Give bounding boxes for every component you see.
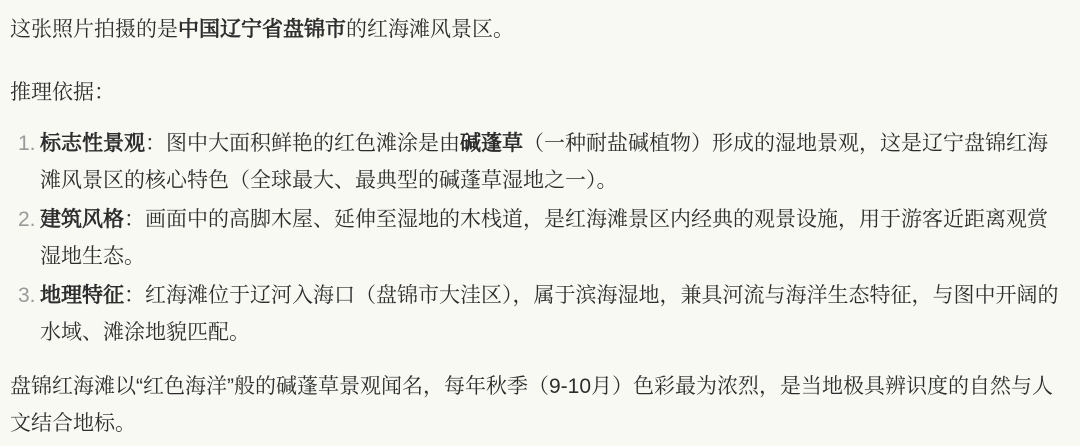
- answer-conclusion-paragraph: 盘锦红海滩以“红色海洋”般的碱蓬草景观闻名，每年秋季（9-10月）色彩最为浓烈，…: [10, 368, 1066, 442]
- text-run: 这张照片拍摄的是: [10, 18, 178, 41]
- text-run: 盘锦红海滩以“红色海洋”般的碱蓬草景观闻名，每年秋季（9-10月）色彩最为浓烈，…: [10, 375, 1053, 435]
- text-run: 的红海滩风景区。: [346, 18, 514, 41]
- list-number: 2.: [10, 201, 40, 238]
- text-run: ：红海滩位于辽河入海口（盘锦市大洼区），属于滨海湿地，兼具河流与海洋生态特征，与…: [40, 284, 1059, 344]
- reason-item-architecture: 2. 建筑风格：画面中的高脚木屋、延伸至湿地的木栈道，是红海滩景区内经典的观景设…: [10, 201, 1066, 275]
- reason-text: 标志性景观：图中大面积鲜艳的红色滩涂是由碱蓬草（一种耐盐碱植物）形成的湿地景观，…: [40, 125, 1066, 199]
- answer-intro-paragraph: 这张照片拍摄的是中国辽宁省盘锦市的红海滩风景区。: [10, 11, 1066, 48]
- bold-text-run: 碱蓬草: [460, 132, 523, 155]
- bold-text-run: 中国辽宁省盘锦市: [178, 18, 346, 41]
- bold-text-run: 建筑风格: [40, 208, 124, 231]
- bold-text-run: 标志性景观: [40, 132, 145, 155]
- text-run: ：图中大面积鲜艳的红色滩涂是由: [145, 132, 460, 155]
- reason-item-landmark: 1. 标志性景观：图中大面积鲜艳的红色滩涂是由碱蓬草（一种耐盐碱植物）形成的湿地…: [10, 125, 1066, 199]
- reason-item-geography: 3. 地理特征：红海滩位于辽河入海口（盘锦市大洼区），属于滨海湿地，兼具河流与海…: [10, 277, 1066, 351]
- reason-text: 建筑风格：画面中的高脚木屋、延伸至湿地的木栈道，是红海滩景区内经典的观景设施，用…: [40, 201, 1066, 275]
- text-run: ：画面中的高脚木屋、延伸至湿地的木栈道，是红海滩景区内经典的观景设施，用于游客近…: [40, 208, 1048, 268]
- list-number: 3.: [10, 277, 40, 314]
- bold-text-run: 地理特征: [40, 284, 124, 307]
- list-number: 1.: [10, 125, 40, 162]
- reasoning-list: 1. 标志性景观：图中大面积鲜艳的红色滩涂是由碱蓬草（一种耐盐碱植物）形成的湿地…: [10, 125, 1066, 351]
- answer-text-block: 这张照片拍摄的是中国辽宁省盘锦市的红海滩风景区。 推理依据： 1. 标志性景观：…: [0, 0, 1080, 446]
- reason-text: 地理特征：红海滩位于辽河入海口（盘锦市大洼区），属于滨海湿地，兼具河流与海洋生态…: [40, 277, 1066, 351]
- reasoning-basis-heading: 推理依据：: [10, 74, 1066, 111]
